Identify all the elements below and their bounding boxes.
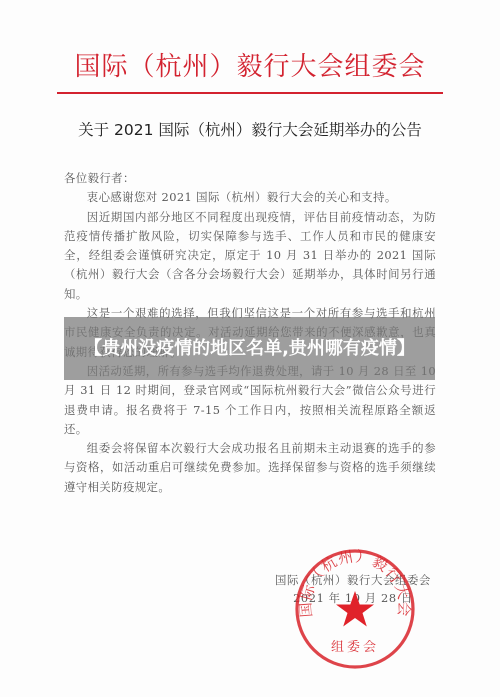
signature-date: 2021 年 10 月 28 日 [258,589,448,607]
announcement-document: 国际（杭州）毅行大会组委会 关于 2021 国际（杭州）毅行大会延期举办的公告 … [0,0,500,697]
org-header: 国际（杭州）毅行大会组委会 [60,50,440,84]
salutation: 各位毅行者： [64,169,436,188]
paragraph-postponement: 因近期国内部分地区不同程度出现疫情，评估目前疫情动态，为防范疫情传播扩散风险，切… [64,208,436,304]
signature-org: 国际（杭州）毅行大会组委会 [258,571,448,589]
paragraph-eligibility: 组委会将保留本次毅行大会成功报名且前期未主动退赛的选手的参与资格，如活动重启可继… [64,439,436,497]
header-red-rule [57,92,443,94]
seal-center-text: 组委会 [331,640,379,655]
official-seal-icon: 国际（杭州）毅行大会 组委会 [293,547,417,671]
caption-overlay: 【贵州没疫情的地区名单,贵州哪有疫情】 [64,317,435,380]
caption-text: 【贵州没疫情的地区名单,贵州哪有疫情】 [77,338,422,360]
document-title: 关于 2021 国际（杭州）毅行大会延期举办的公告 [60,119,440,141]
paragraph-thanks: 衷心感谢您对 2021 国际（杭州）毅行大会的关心和支持。 [64,188,436,207]
signature-block: 国际（杭州）毅行大会组委会 2021 年 10 月 28 日 [258,571,448,607]
